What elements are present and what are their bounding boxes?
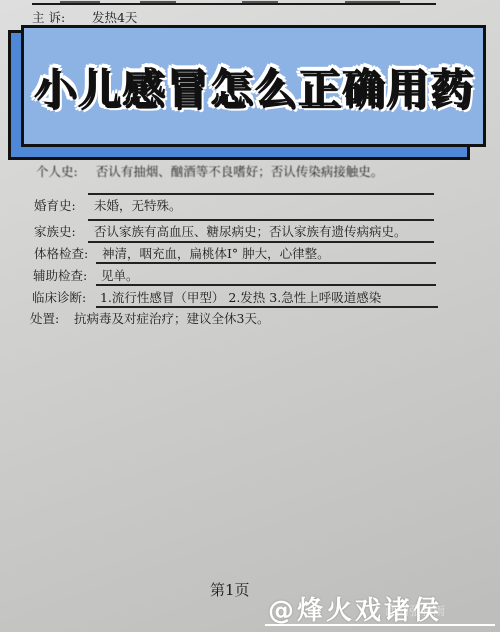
- field-label: 主 诉:: [32, 8, 88, 26]
- treatment-row: 处置: 抗病毒及对症治疗；建议全休3天。: [30, 309, 269, 327]
- banner-title: 小儿感冒怎么正确用药: [33, 56, 473, 116]
- field-underline: [96, 262, 436, 264]
- field-value: 发热4天: [92, 8, 137, 26]
- field-value: 未婚，无特殊。: [94, 196, 182, 214]
- field-value: 否认家族有高血压、糖尿病史；否认家族有遗传病病史。: [94, 222, 407, 240]
- marriage-history-row: 婚育史: 未婚，无特殊。: [34, 196, 182, 214]
- field-label: 临床诊断:: [32, 288, 96, 306]
- top-rule-mark: [345, 1, 400, 3]
- field-label: 处置:: [30, 309, 70, 327]
- top-rule-mark: [140, 1, 176, 3]
- field-underline: [96, 306, 438, 308]
- physical-exam-row: 体格检查: 神清，咽充血，扁桃体I° 肿大，心律整。: [34, 244, 330, 262]
- field-value: 神清，咽充血，扁桃体I° 肿大，心律整。: [102, 244, 330, 262]
- personal-history-row: 个人史: 否认有抽烟、酗酒等不良嗜好；否认传染病接触史。: [36, 162, 383, 180]
- author-watermark: @烽火戏诸侯: [268, 590, 442, 627]
- field-label: 婚育史:: [34, 196, 90, 214]
- title-banner: 小儿感冒怎么正确用药: [21, 25, 486, 147]
- field-label: 个人史:: [36, 164, 78, 179]
- field-label: 体格检查:: [34, 244, 98, 262]
- page-number: 第1页: [210, 579, 250, 600]
- field-underline: [88, 193, 434, 195]
- field-label: 辅助检查:: [33, 266, 97, 284]
- field-underline: [88, 241, 434, 243]
- watermark-underline: [265, 624, 495, 626]
- top-rule-mark: [242, 1, 278, 3]
- field-value: 抗病毒及对症治疗；建议全休3天。: [74, 309, 269, 327]
- field-value: 否认有抽烟、酗酒等不良嗜好；否认传染病接触史。: [96, 164, 384, 179]
- field-underline: [96, 284, 436, 286]
- field-value: 1.流行性感冒（甲型） 2.发热 3.急性上呼吸道感染: [100, 288, 381, 306]
- chief-complaint-row: 主 诉: 发热4天: [32, 8, 137, 26]
- top-rule: [32, 3, 436, 5]
- field-underline: [88, 219, 434, 221]
- family-history-row: 家族史: 否认家族有高血压、糖尿病史；否认家族有遗传病病史。: [34, 222, 407, 240]
- top-rule-mark: [60, 1, 100, 3]
- field-value: 见单。: [101, 266, 139, 284]
- field-label: 家族史:: [34, 222, 90, 240]
- clinical-diagnosis-row: 临床诊断: 1.流行性感冒（甲型） 2.发热 3.急性上呼吸道感染: [32, 288, 381, 306]
- auxiliary-exam-row: 辅助检查: 见单。: [33, 266, 139, 284]
